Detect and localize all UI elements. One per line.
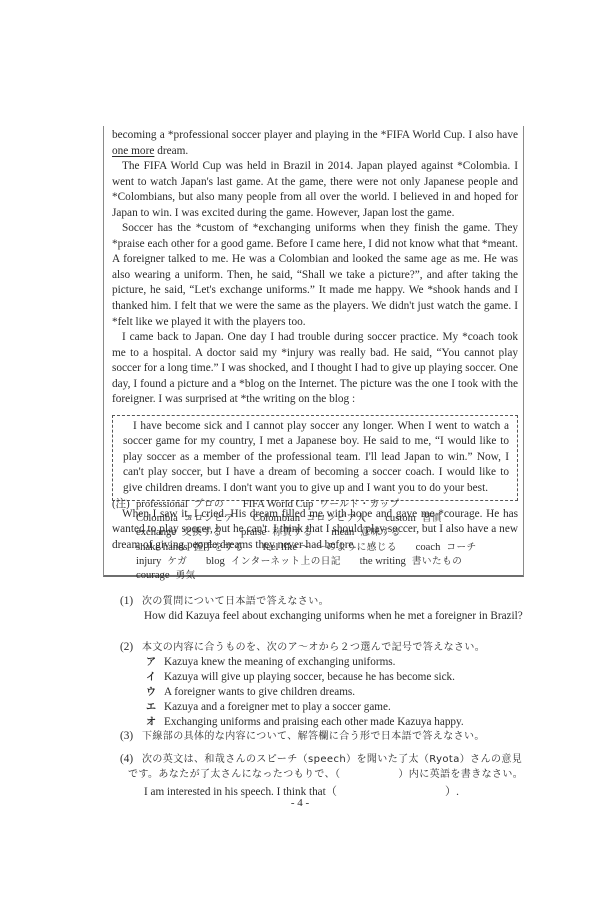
option-e: エKazuya and a foreigner met to play a so…: [146, 700, 560, 715]
question-1: (1)次の質問について日本語で答えなさい。 How did Kazuya fee…: [120, 594, 560, 624]
notes-row: courage勇気: [136, 569, 518, 583]
notes-row: Colombiaコロンビア Colombianコロンビア人 custom習慣: [136, 512, 518, 526]
notes-row: shake hands握手をする feel like ～～のように感じる coa…: [136, 541, 518, 555]
blog-text: I have become sick and I cannot play soc…: [123, 419, 509, 497]
notes-row: injuryケガ blogインターネット上の日記 the writing書いたも…: [136, 555, 518, 569]
notes-mark: (注): [112, 498, 130, 512]
question-3: (3)下線部の具体的な内容について、解答欄に合う形で日本語で答えなさい。: [120, 729, 560, 744]
passage-paragraph-3: Soccer has the *custom of *exchanging un…: [112, 221, 518, 330]
page-number: - 4 -: [0, 797, 600, 809]
question-1-text: How did Kazuya feel about exchanging uni…: [144, 609, 560, 624]
notes-row: exchange交換する praise称賛する mean意味する: [136, 526, 518, 540]
question-3-instruction: 下線部の具体的な内容について、解答欄に合う形で日本語で答えなさい。: [142, 731, 485, 742]
passage-paragraph-4: I came back to Japan. One day I had trou…: [112, 330, 518, 408]
option-o: オExchanging uniforms and praising each o…: [146, 715, 560, 730]
reading-passage-frame: becoming a *professional soccer player a…: [103, 126, 524, 577]
option-u: ウA foreigner wants to give children drea…: [146, 685, 560, 700]
vocabulary-notes: (注) professionalプロの FIFA World Cupワールド・カ…: [112, 498, 518, 583]
question-4: (4)次の英文は、和哉さんのスピーチ（speech）を聞いた了太（Ryota）さ…: [120, 752, 560, 800]
passage: becoming a *professional soccer player a…: [112, 128, 518, 553]
underlined-phrase: one more: [112, 145, 154, 157]
blog-quote-box: I have become sick and I cannot play soc…: [112, 415, 518, 501]
question-1-instruction: 次の質問について日本語で答えなさい。: [142, 596, 329, 607]
passage-paragraph-2: The FIFA World Cup was held in Brazil in…: [112, 159, 518, 221]
question-2: (2)本文の内容に合うものを、次のア～オから２つ選んで記号で答えなさい。 アKa…: [120, 640, 560, 730]
option-i: イKazuya will give up playing soccer, bec…: [146, 670, 560, 685]
notes-row: professionalプロの FIFA World Cupワールド・カップ: [136, 498, 518, 512]
passage-paragraph-1: becoming a *professional soccer player a…: [112, 128, 518, 159]
question-2-instruction: 本文の内容に合うものを、次のア～オから２つ選んで記号で答えなさい。: [142, 642, 485, 653]
option-a: アKazuya knew the meaning of exchanging u…: [146, 655, 560, 670]
